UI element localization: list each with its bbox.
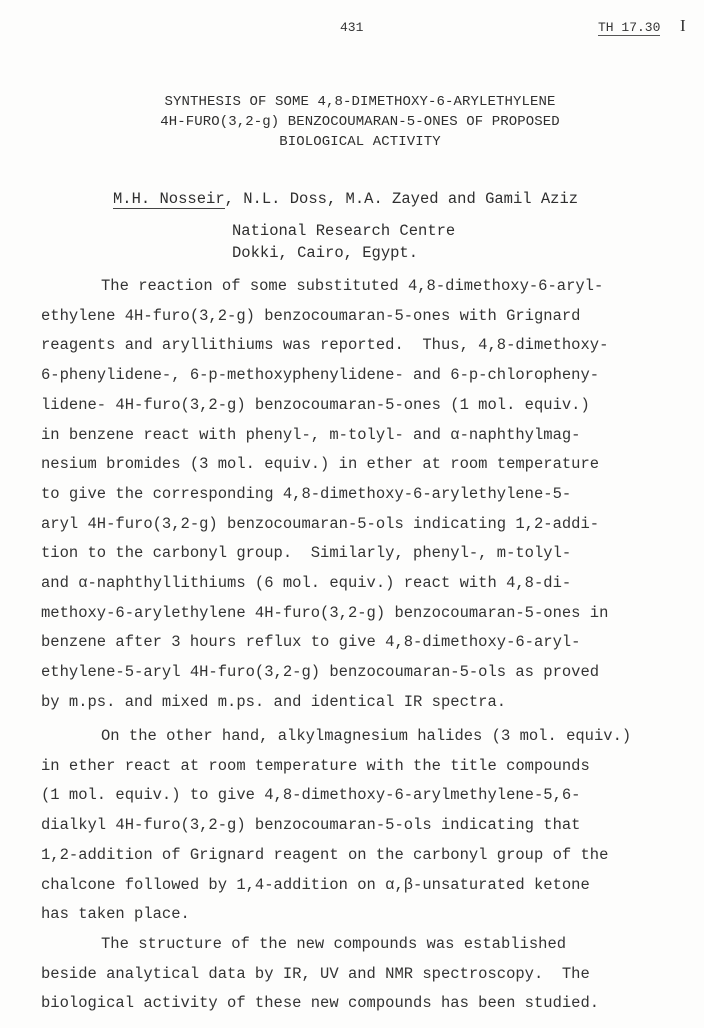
text-line: in benzene react with phenyl-, m-tolyl- …	[41, 421, 681, 451]
text-line: tion to the carbonyl group. Similarly, p…	[41, 539, 681, 569]
title-line: SYNTHESIS OF SOME 4,8-DIMETHOXY-6-ARYLET…	[100, 92, 620, 112]
affiliation-line: National Research Centre	[232, 220, 455, 242]
paragraph-2: On the other hand, alkylmagnesium halide…	[41, 722, 681, 930]
lead-author: M.H. Nosseir	[113, 190, 225, 209]
affiliation: National Research Centre Dokki, Cairo, E…	[232, 220, 455, 264]
text-line: by m.ps. and mixed m.ps. and identical I…	[41, 688, 681, 718]
text-line: lidene- 4H-furo(3,2-g) benzocoumaran-5-o…	[41, 391, 681, 421]
text-line: aryl 4H-furo(3,2-g) benzocoumaran-5-ols …	[41, 510, 681, 540]
co-authors: , N.L. Doss, M.A. Zayed and Gamil Aziz	[225, 190, 578, 208]
text-line: biological activity of these new compoun…	[41, 989, 681, 1019]
paper-title: SYNTHESIS OF SOME 4,8-DIMETHOXY-6-ARYLET…	[100, 92, 620, 152]
text-line: to give the corresponding 4,8-dimethoxy-…	[41, 480, 681, 510]
text-line: has taken place.	[41, 900, 681, 930]
paragraph-1: The reaction of some substituted 4,8-dim…	[41, 272, 681, 718]
text-line: On the other hand, alkylmagnesium halide…	[41, 722, 681, 752]
page-number: 431	[340, 20, 363, 35]
text-line: The structure of the new compounds was e…	[41, 930, 681, 960]
title-line: BIOLOGICAL ACTIVITY	[100, 132, 620, 152]
text-line: dialkyl 4H-furo(3,2-g) benzocoumaran-5-o…	[41, 811, 681, 841]
reference-code: TH 17.30	[598, 20, 660, 36]
text-line: benzene after 3 hours reflux to give 4,8…	[41, 628, 681, 658]
document-page: 431 TH 17.30 I SYNTHESIS OF SOME 4,8-DIM…	[0, 0, 704, 1028]
text-line: 1,2-addition of Grignard reagent on the …	[41, 841, 681, 871]
text-line: The reaction of some substituted 4,8-dim…	[41, 272, 681, 302]
text-line: ethylene 4H-furo(3,2-g) benzocoumaran-5-…	[41, 302, 681, 332]
author-list: M.H. Nosseir, N.L. Doss, M.A. Zayed and …	[113, 190, 578, 208]
paragraph-3: The structure of the new compounds was e…	[41, 930, 681, 1019]
text-line: 6-phenylidene-, 6-p-methoxyphenylidene- …	[41, 361, 681, 391]
affiliation-line: Dokki, Cairo, Egypt.	[232, 242, 455, 264]
text-line: and α-naphthyllithiums (6 mol. equiv.) r…	[41, 569, 681, 599]
text-line: ethylene-5-aryl 4H-furo(3,2-g) benzocoum…	[41, 658, 681, 688]
text-line: chalcone followed by 1,4-addition on α,β…	[41, 871, 681, 901]
text-line: beside analytical data by IR, UV and NMR…	[41, 960, 681, 990]
text-line: nesium bromides (3 mol. equiv.) in ether…	[41, 450, 681, 480]
text-line: (1 mol. equiv.) to give 4,8-dimethoxy-6-…	[41, 781, 681, 811]
title-line: 4H-FURO(3,2-g) BENZOCOUMARAN-5-ONES OF P…	[100, 112, 620, 132]
text-line: reagents and aryllithiums was reported. …	[41, 331, 681, 361]
text-line: in ether react at room temperature with …	[41, 752, 681, 782]
reference-mark: I	[680, 16, 686, 36]
text-line: methoxy-6-arylethylene 4H-furo(3,2-g) be…	[41, 599, 681, 629]
